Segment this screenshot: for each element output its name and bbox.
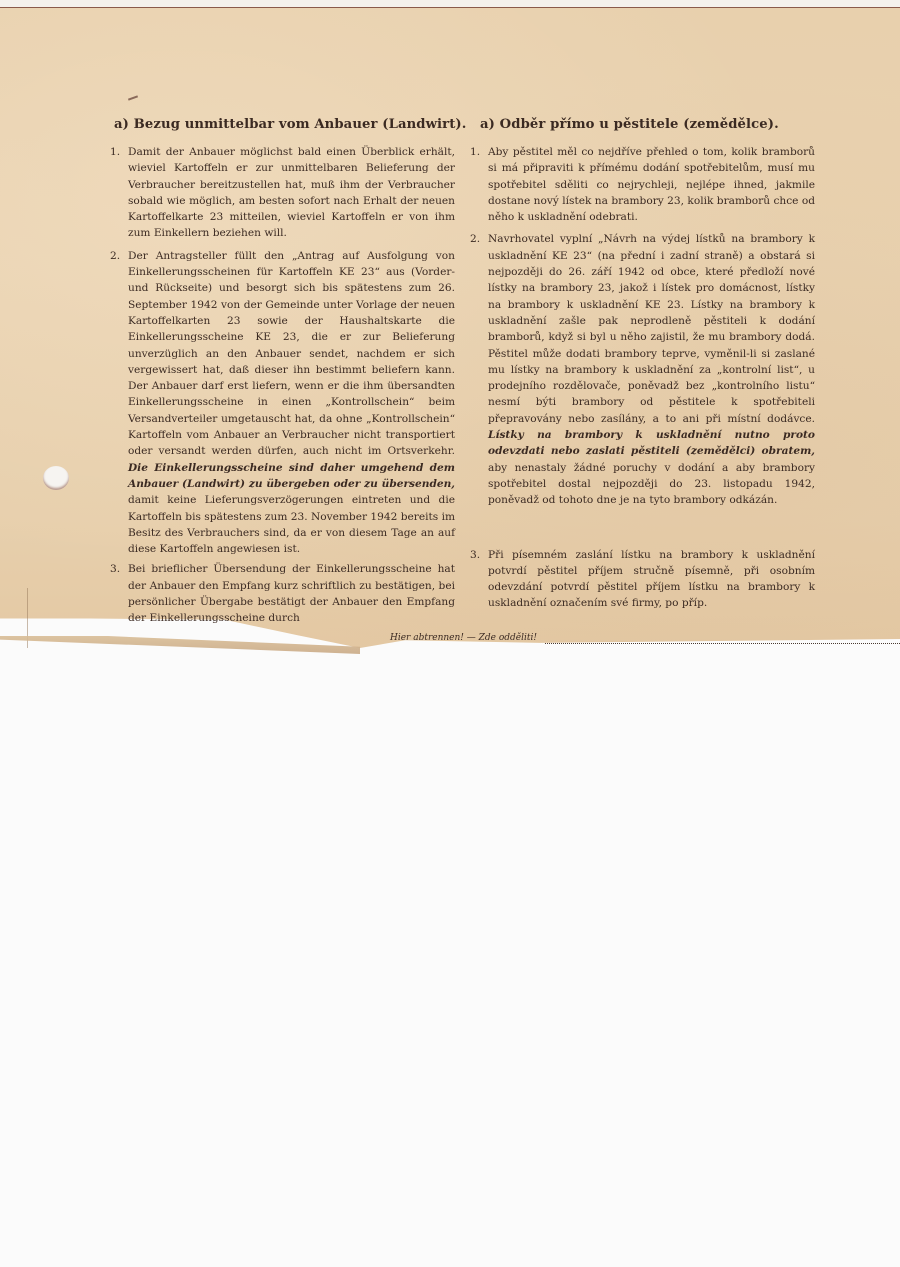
- torn-paper-edge: [0, 636, 360, 654]
- item-text: Bei brieflicher Übersendung der Einkelle…: [128, 563, 455, 624]
- item-emphasis: Lístky na brambory k uskladnění nutno pr…: [488, 429, 815, 457]
- czech-item-2: 2. Navrhovatel vyplní „Návrh na výdej lí…: [470, 231, 815, 508]
- czech-heading: a) Odběr přímo u pěstitele (zemědělce).: [470, 117, 815, 132]
- czech-item-1: 1. Aby pěstitel měl co nejdříve přehled …: [470, 144, 815, 225]
- item-text-cont: damit keine Lieferungsverzögerungen eint…: [128, 494, 455, 555]
- cut-line-label: Hier abtrennen! — Zde odděliti!: [390, 633, 537, 643]
- item-number: 2.: [110, 248, 120, 264]
- german-item-1: 1. Damit der Anbauer möglichst bald eine…: [110, 144, 455, 242]
- german-item-3: 3. Bei brieflicher Übersendung der Einke…: [110, 561, 455, 626]
- item-number: 3.: [470, 547, 480, 563]
- czech-column: a) Odběr přímo u pěstitele (zemědělce). …: [470, 117, 815, 612]
- item-text: Der Antragsteller füllt den „Antrag auf …: [128, 250, 455, 458]
- item-text: Navrhovatel vyplní „Návrh na výdej lístk…: [488, 233, 815, 424]
- dotted-separator: [545, 643, 900, 644]
- german-heading: a) Bezug unmittelbar vom Anbauer (Landwi…: [110, 117, 455, 132]
- item-text-cont: aby nenastaly žádné poruchy v dodání a a…: [488, 462, 815, 507]
- item-emphasis: Die Einkellerungsscheine sind daher umge…: [128, 462, 455, 490]
- item-number: 1.: [110, 144, 120, 160]
- item-number: 3.: [110, 561, 120, 577]
- item-number: 2.: [470, 231, 480, 247]
- punch-hole: [43, 466, 69, 490]
- german-column: a) Bezug unmittelbar vom Anbauer (Landwi…: [110, 117, 455, 627]
- item-text: Damit der Anbauer möglichst bald einen Ü…: [128, 146, 455, 239]
- german-item-2: 2. Der Antragsteller füllt den „Antrag a…: [110, 248, 455, 558]
- cut-line: Hier abtrennen! — Zde odděliti!: [370, 633, 900, 647]
- item-number: 1.: [470, 144, 480, 160]
- czech-item-3: 3. Při písemném zaslání lístku na brambo…: [470, 547, 815, 612]
- item-text: Aby pěstitel měl co nejdříve přehled o t…: [488, 146, 815, 223]
- scan-top-margin: [0, 0, 900, 7]
- item-text: Při písemném zaslání lístku na brambory …: [488, 549, 815, 610]
